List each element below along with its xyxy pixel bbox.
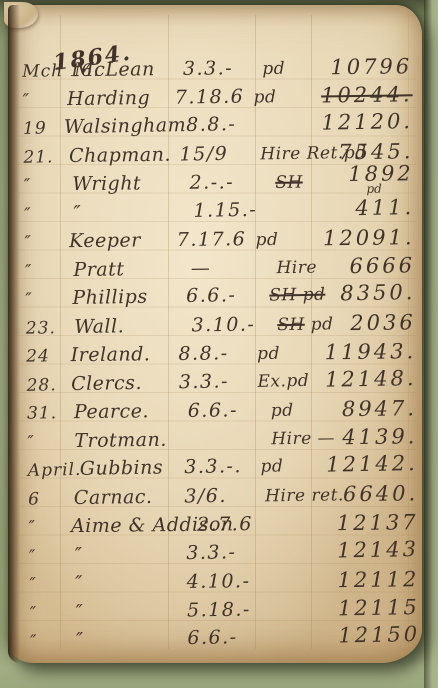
entry-folio-group: 12150: [332, 619, 420, 649]
entry-date: 23.: [20, 314, 75, 343]
entry-folio-group: 411.: [349, 192, 414, 222]
entry-date: ″: [18, 171, 73, 200]
entry-folio: 1892: [348, 166, 414, 182]
ledger-row: Mch 16. McLean 3.3.- pd 10796: [16, 51, 412, 84]
entry-date: ″: [24, 599, 76, 628]
entry-name: ″: [73, 196, 193, 227]
entry-name: Phillips: [72, 282, 186, 312]
entry-date: ″: [24, 627, 76, 656]
entry-note-struck: SH: [277, 314, 305, 334]
entry-folio: 2036: [350, 315, 416, 331]
entry-amount: 3.10.-: [191, 310, 277, 340]
entry-amount: 3.3.-: [179, 366, 258, 396]
entry-amount: 6.6.-: [188, 396, 271, 425]
entry-folio: 11943.: [325, 344, 417, 360]
entry-name: McLean: [74, 55, 183, 85]
entry-note-struck: SH pd: [269, 285, 325, 306]
entry-name: Aime & Addison: [71, 511, 197, 541]
entry-folio: 12112: [337, 572, 419, 588]
entry-note-group: [272, 529, 331, 530]
entry-name: ″: [75, 539, 187, 569]
entry-note: Ex.pd: [257, 370, 309, 391]
entry-date: 19: [17, 114, 65, 143]
entry-amount: 3/6.: [184, 481, 265, 511]
entry-date: ″: [23, 542, 75, 571]
entry-note: pd: [257, 344, 280, 364]
entry-date: 31.: [21, 399, 74, 428]
entry-folio-group: 6640.: [337, 478, 419, 508]
entry-note-group: [281, 214, 349, 215]
entry-note-group: Ex.pd: [257, 366, 319, 396]
entry-note-group: [268, 614, 332, 615]
entry-name: Gubbins: [80, 453, 185, 483]
entry-name: Walsingham: [64, 111, 187, 142]
ledger-row: ″ Keeper 7.17.6 pd 12091.: [18, 222, 414, 255]
background-mat: [424, 0, 438, 688]
entry-date: April.: [22, 456, 80, 486]
entry-amount: 3.3.-: [183, 54, 263, 83]
entry-name: Trotman.: [74, 425, 188, 455]
entry-folio-group: 8947.: [336, 393, 417, 422]
ledger-rows: Mch 16. McLean 3.3.- pd 10796 ″ Harding …: [16, 50, 420, 654]
entry-date: ″: [18, 228, 69, 257]
entry-amount: 7.18.6: [175, 82, 254, 112]
entry-note-group: [269, 642, 333, 643]
entry-folio: 7545.: [338, 144, 413, 160]
entry-amount: 7.17.6: [177, 225, 256, 254]
entry-note: pd: [253, 87, 276, 107]
entry-folio-group: 4139.: [336, 421, 418, 451]
entry-note: Hire ret.: [265, 485, 344, 506]
entry-folio-group: 12143: [331, 534, 419, 564]
entry-name: ″: [76, 624, 188, 654]
entry-amount: 3.3.-.: [184, 452, 261, 482]
entry-name: ″: [76, 596, 188, 626]
entry-note-group: [268, 556, 332, 557]
ledger-page: 1864. Mch 16. McLean 3.3.- pd 10796 ″ Ha…: [8, 5, 422, 663]
entry-folio-group: 12112: [331, 564, 419, 593]
entry-name: Ireland.: [71, 340, 179, 370]
entry-date: ″: [19, 285, 72, 314]
entry-date: 24: [20, 342, 71, 371]
entry-date: Mch 16.: [16, 57, 74, 86]
entry-date: ″: [23, 570, 75, 599]
entry-name: Carnac.: [74, 482, 185, 512]
entry-amount: 4.10.-: [187, 567, 269, 596]
entry-note: pd: [262, 59, 285, 79]
entry-note-struck: SH: [275, 173, 303, 193]
entry-note-group: Hire Ret.pd: [260, 139, 332, 169]
entry-note: pd: [260, 456, 283, 476]
entry-note: pd: [271, 401, 294, 421]
entry-amount: 2.7.6: [197, 510, 272, 539]
entry-amount: 5.18.-: [187, 595, 269, 625]
entry-folio-group: 12137: [331, 507, 419, 536]
entry-folio-group: 12148.: [319, 363, 417, 393]
entry-date: ″: [18, 200, 74, 229]
ledger-photo: 1864. Mch 16. McLean 3.3.- pd 10796 ″ Ha…: [0, 0, 438, 688]
entry-note: pd: [311, 314, 334, 334]
entry-folio: 6640.: [343, 486, 418, 502]
entry-folio-group: 2036: [344, 307, 416, 336]
entry-name: Chapman.: [69, 140, 180, 170]
entry-amount: —: [191, 253, 277, 283]
entry-name: Wall.: [74, 311, 192, 341]
entry-note-group: SH pd: [269, 280, 335, 310]
entry-folio: 12142.: [326, 456, 418, 473]
entry-note-group: pd: [271, 396, 336, 425]
entry-note: Hire: [276, 257, 317, 278]
entry-folio: 411.: [355, 200, 414, 216]
entry-date: 21.: [17, 143, 69, 172]
entry-folio-group: 10796: [324, 51, 412, 80]
entry-folio-group: 11943.: [319, 336, 417, 366]
entry-name: Wright: [72, 169, 190, 199]
entry-date: ″: [19, 257, 74, 286]
entry-folio-group: 6666: [343, 250, 415, 279]
entry-amount: 8.8.-: [186, 110, 259, 140]
entry-folio: 12148.: [325, 371, 417, 388]
entry-folio: 8947.: [342, 401, 417, 417]
entry-folio: 12150: [338, 627, 420, 643]
entry-amount: 2.-.-: [189, 168, 275, 197]
entry-folio: 12143: [337, 542, 419, 558]
entry-amount: 6.6.-: [186, 281, 270, 311]
ledger-row: ″ ″ 4.10.- 12112: [23, 564, 419, 597]
entry-name: Pratt: [73, 254, 191, 284]
entry-name: ″: [75, 568, 187, 598]
entry-folio-group: 8350.: [334, 277, 416, 307]
entry-date: ″: [22, 513, 71, 542]
entry-folio: 12120.: [321, 114, 413, 131]
entry-amount: 3.3.-: [186, 537, 268, 567]
entry-folio: 12137: [337, 515, 419, 531]
entry-folio: 12091.: [323, 230, 415, 246]
entry-date: ″: [21, 428, 74, 457]
entry-amount: [188, 444, 271, 445]
entry-date: ″: [16, 86, 67, 115]
ledger-row: 31. Pearce. 6.6.- pd 8947.: [21, 393, 417, 426]
entry-amount: 8.8.-: [178, 339, 257, 368]
entry-folio: 8350.: [340, 285, 415, 301]
ledger-entries: 1864. Mch 16. McLean 3.3.- pd 10796 ″ Ha…: [16, 24, 421, 654]
entry-amount: 1.15.-: [193, 195, 281, 225]
entry-note-group: [259, 129, 316, 130]
entry-note-group: Hire ret.: [265, 481, 337, 511]
entry-folio: 10796: [330, 59, 412, 75]
entry-note: Hire —: [271, 428, 335, 449]
entry-folio-group: 12120.: [315, 106, 413, 136]
entry-note-group: pd: [260, 452, 320, 482]
entry-folio-group: 12115: [332, 592, 420, 622]
entry-note-group: pd: [255, 225, 317, 254]
entry-note: pd: [255, 230, 278, 250]
entry-name: Keeper: [69, 226, 177, 256]
entry-name: Pearce.: [74, 397, 188, 427]
ledger-row: ″ ″ 6.6.- 12150: [24, 619, 420, 654]
entry-folio: 10244.: [321, 87, 413, 103]
entry-date: 28.: [20, 371, 71, 400]
entry-folio: 12115: [338, 600, 420, 616]
entry-note-group: pd: [262, 54, 324, 83]
entry-folio-group: 12142.: [320, 448, 418, 478]
entry-note-group: SH pd: [277, 310, 344, 339]
entry-folio: 6666: [349, 258, 415, 274]
entry-folio-group: 12091.: [317, 222, 415, 252]
entry-folio-group: 10244.: [315, 79, 413, 109]
entry-folio: 4139.: [342, 429, 417, 445]
entry-name: Harding: [67, 83, 175, 113]
entry-name: Clercs.: [71, 368, 179, 398]
entry-amount: 6.6.-: [187, 623, 269, 653]
entry-amount: 15/9: [179, 139, 260, 169]
entry-note-group: [268, 586, 332, 587]
entry-date: 6: [22, 485, 74, 514]
